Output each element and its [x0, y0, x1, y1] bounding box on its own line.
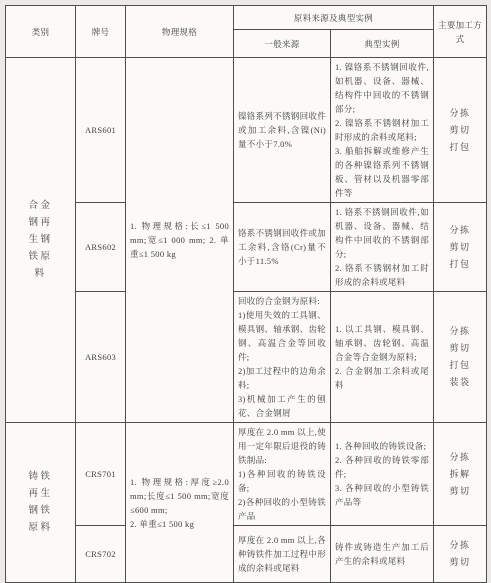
category-line: 钢铁 [10, 503, 71, 520]
header-grade: 牌号 [76, 6, 126, 58]
header-row-1: 类别 牌号 物理规格 原料来源及典型实例 主要加工方式 [6, 6, 487, 30]
grade-crs701: CRS701 [76, 423, 126, 526]
text-line: 2)各种回收的小型铸铁产品 [238, 495, 326, 523]
typical-crs702-cell: 铸件或铸造生产加工后产生的余料或尾料 [331, 526, 434, 583]
processing-ars603-cell: 分拣 剪切 打包 装袋 [434, 292, 487, 423]
table-row-crs701: 铸铁 再生 钢铁 原料 CRS701 1. 物理规格:厚度≥2.0 mm;长度≤… [6, 423, 487, 526]
text-line: 1. 镍铬系不锈钢回收件,如机器、设备、器械、结构件中回收的不锈钢部分; [335, 60, 429, 116]
processing-line: 打包 [438, 357, 482, 374]
text-line: 铸件或铸造生产加工后产生的余料或尾料 [335, 540, 429, 568]
text-line: 3. 船舶拆解或维修产生的各种镍铬系列不锈钢板、管材以及机器零部件等 [335, 144, 429, 200]
table-row-ars602: ARS602 铬系不锈钢回收件或加工余料,含铬(Cr)量不小于11.5% 1. … [6, 203, 487, 292]
processing-line: 剪切 [438, 554, 482, 571]
typical-ars601-cell: 1. 镍铬系不锈钢回收件,如机器、设备、器械、结构件中回收的不锈钢部分; 2. … [331, 58, 434, 203]
processing-line: 分拣 [438, 105, 482, 122]
source-crs702-cell: 厚度在 2.0 mm 以上,各种铸铁件加工过程中形成的余料或尾料 [234, 526, 331, 583]
category-line: 再生 [10, 486, 71, 503]
header-typical-example: 典型实例 [331, 30, 434, 58]
category-line: 铁原 [10, 249, 71, 266]
source-crs701-cell: 厚度在 2.0 mm 以上,使用一定年限后退役的铸铁制品: 1)各种回收的铸铁设… [234, 423, 331, 526]
text-line: 铬系不锈钢回收件或加工余料,含铬(Cr)量不小于11.5% [238, 226, 326, 268]
category-cast-iron: 铸铁 再生 钢铁 原料 [6, 423, 76, 583]
text-line: 1. 铬系不锈钢回收件,如机器、设备、器械、结构件中回收的不锈钢部分; [335, 205, 429, 261]
header-general-source: 一般来源 [234, 30, 331, 58]
processing-line: 分拣 [438, 537, 482, 554]
grade-ars602: ARS602 [76, 203, 126, 292]
spec-alloy-cell: 1. 物理规格:长≤1 500 mm;宽≤1 000 mm; 2. 单重≤1 5… [126, 58, 234, 423]
text-line: 1. 以工具钢、模具钢、轴承钢、齿轮钢、高温合金等合金钢为原料; [335, 322, 429, 364]
source-ars602-cell: 铬系不锈钢回收件或加工余料,含铬(Cr)量不小于11.5% [234, 203, 331, 292]
text-line: 厚度在 2.0 mm 以上,各种铸铁件加工过程中形成的余料或尾料 [238, 533, 326, 575]
header-category: 类别 [6, 6, 76, 58]
category-line: 料 [10, 266, 71, 283]
text-line: 2)加工过程中的边角余料; [238, 364, 326, 392]
grade-crs702: CRS702 [76, 526, 126, 583]
text-line: 镍铬系列不锈钢回收件或加工余料,含镍(Ni)量不小于7.0% [238, 109, 326, 151]
processing-crs701-cell: 分拣 拆解 剪切 [434, 423, 487, 526]
processing-line: 剪切 [438, 483, 482, 500]
processing-line: 分拣 [438, 449, 482, 466]
document-page: 类别 牌号 物理规格 原料来源及典型实例 主要加工方式 一般来源 典型实例 合金… [0, 0, 491, 583]
table-row-ars601: 合金 钢再 生钢 铁原 料 ARS601 1. 物理规格:长≤1 500 mm;… [6, 58, 487, 203]
header-spec: 物理规格 [126, 6, 234, 58]
category-line: 原料 [10, 520, 71, 537]
typical-ars603-cell: 1. 以工具钢、模具钢、轴承钢、齿轮钢、高温合金等合金钢为原料; 2. 合金钢加… [331, 292, 434, 423]
table-row-ars603: ARS603 回收的合金钢为原料: 1)使用失效的工具钢、模具钢、轴承钢、齿轮钢… [6, 292, 487, 423]
text-line: 2. 镍铬系不锈钢材加工时形成的余料或尾料; [335, 116, 429, 144]
processing-crs702-cell: 分拣 剪切 [434, 526, 487, 583]
text-line: 2. 各种回收的铸铁零部件; [335, 453, 429, 481]
spec-cast-cell: 1. 物理规格:厚度≥2.0 mm;长度≤1 500 mm;宽度≤600 mm;… [126, 423, 234, 583]
grade-ars603: ARS603 [76, 292, 126, 423]
header-processing: 主要加工方式 [434, 6, 487, 58]
text-line: 2. 单重≤1 500 kg [130, 517, 229, 531]
recycled-steel-raw-material-table: 类别 牌号 物理规格 原料来源及典型实例 主要加工方式 一般来源 典型实例 合金… [5, 5, 487, 583]
processing-line: 打包 [438, 139, 482, 156]
processing-line: 剪切 [438, 340, 482, 357]
category-line: 铸铁 [10, 469, 71, 486]
text-line: 3)机械加工产生的刨花、合金钢屑 [238, 392, 326, 420]
text-line: 1. 各种回收的铸铁设备; [335, 439, 429, 453]
processing-line: 分拣 [438, 323, 482, 340]
text-line: 2. 铬系不锈钢材加工时形成的余料或尾料 [335, 261, 429, 289]
text-line: 1)各种回收的铸铁设备; [238, 467, 326, 495]
processing-ars602-cell: 分拣 剪切 打包 [434, 203, 487, 292]
processing-line: 拆解 [438, 466, 482, 483]
processing-line: 剪切 [438, 239, 482, 256]
processing-line: 分拣 [438, 222, 482, 239]
header-source-group: 原料来源及典型实例 [234, 6, 434, 30]
category-line: 生钢 [10, 232, 71, 249]
processing-line: 打包 [438, 256, 482, 273]
source-ars601-cell: 镍铬系列不锈钢回收件或加工余料,含镍(Ni)量不小于7.0% [234, 58, 331, 203]
text-line: 1)使用失效的工具钢、模具钢、轴承钢、齿轮钢、高温合金等回收件; [238, 308, 326, 364]
typical-crs701-cell: 1. 各种回收的铸铁设备; 2. 各种回收的铸铁零部件; 3. 各种回收的小型铸… [331, 423, 434, 526]
text-line: 1. 物理规格:长≤1 500 mm;宽≤1 000 mm; 2. 单重≤1 5… [130, 219, 229, 261]
text-line: 1. 物理规格:厚度≥2.0 mm;长度≤1 500 mm;宽度≤600 mm; [130, 475, 229, 517]
source-ars603-cell: 回收的合金钢为原料: 1)使用失效的工具钢、模具钢、轴承钢、齿轮钢、高温合金等回… [234, 292, 331, 423]
category-line: 合金 [10, 198, 71, 215]
table-row-crs702: CRS702 厚度在 2.0 mm 以上,各种铸铁件加工过程中形成的余料或尾料 … [6, 526, 487, 583]
processing-line: 装袋 [438, 374, 482, 391]
text-line: 2. 合金钢加工余料或尾料 [335, 364, 429, 392]
text-line: 回收的合金钢为原料: [238, 294, 326, 308]
text-line: 3. 各种回收的小型铸铁产品等 [335, 481, 429, 509]
text-line: 厚度在 2.0 mm 以上,使用一定年限后退役的铸铁制品: [238, 425, 326, 467]
processing-ars601-cell: 分拣 剪切 打包 [434, 58, 487, 203]
typical-ars602-cell: 1. 铬系不锈钢回收件,如机器、设备、器械、结构件中回收的不锈钢部分; 2. 铬… [331, 203, 434, 292]
grade-ars601: ARS601 [76, 58, 126, 203]
processing-line: 剪切 [438, 122, 482, 139]
category-line: 钢再 [10, 215, 71, 232]
category-alloy-steel: 合金 钢再 生钢 铁原 料 [6, 58, 76, 423]
